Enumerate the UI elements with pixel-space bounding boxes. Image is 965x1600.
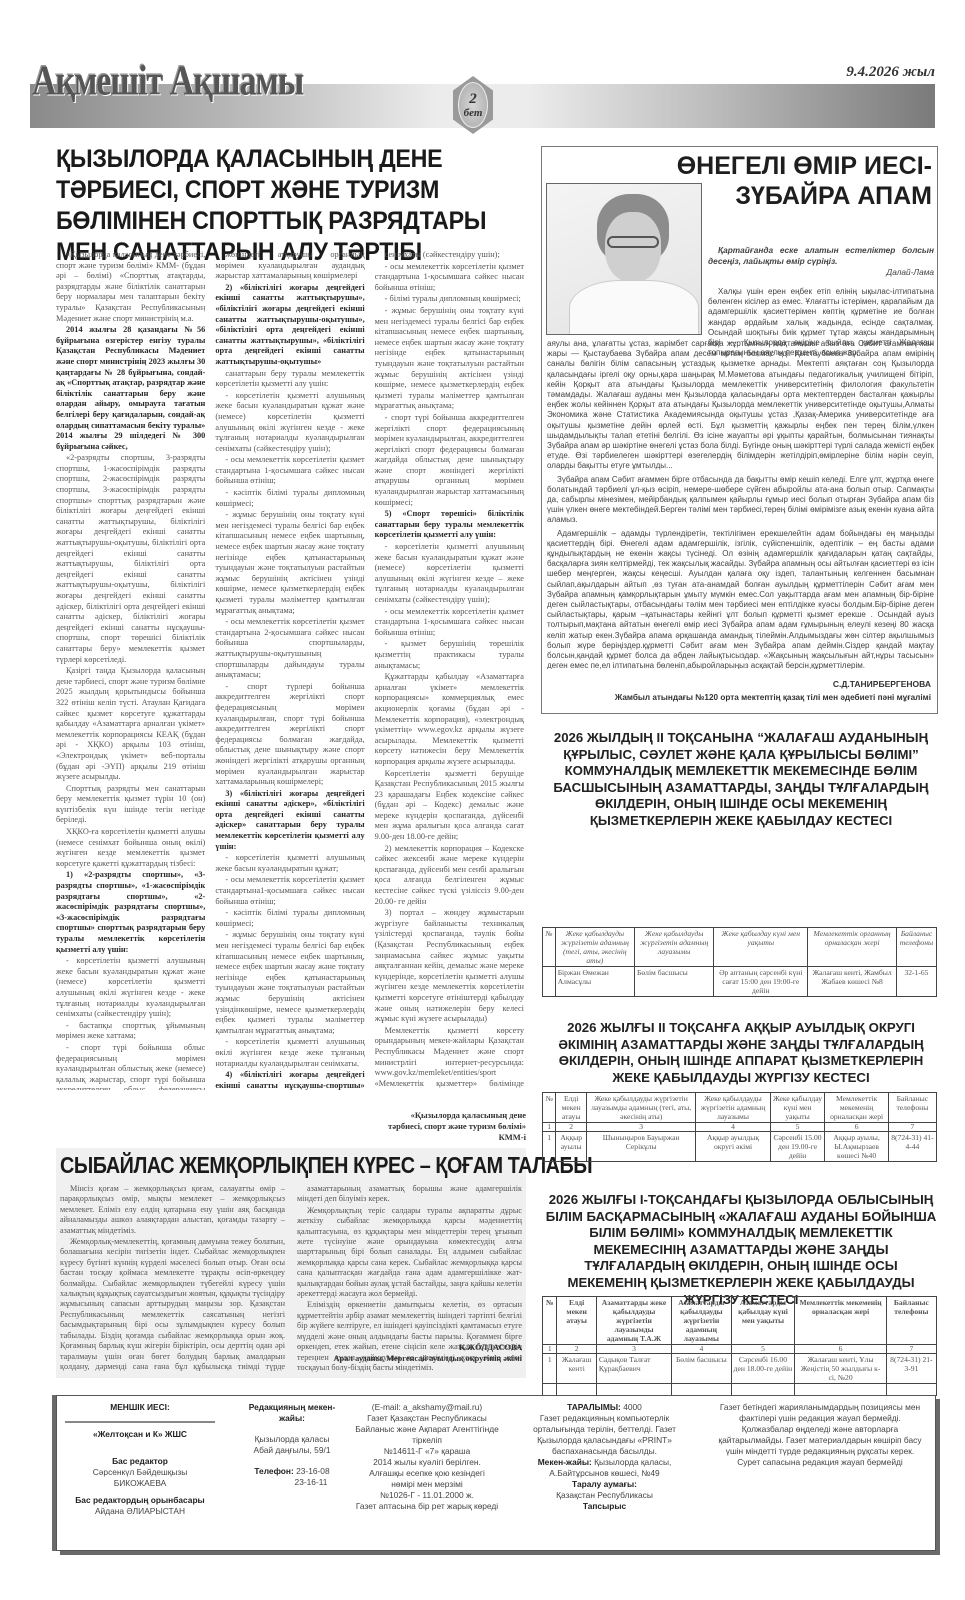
paragraph: - білімі туралы дипломның көшірмесі; bbox=[375, 294, 524, 305]
paragraph: - жұмыс берушінің оны тоқтату күні мен н… bbox=[215, 930, 364, 1036]
masthead: Ақмешіт Ақшамы 9.4.2026 жыл 2 бет bbox=[0, 0, 965, 140]
paragraph: азаматтарының азаматтық борышы және адам… bbox=[297, 1184, 522, 1205]
chief-editor-surname: БИКОЖАЕВА bbox=[65, 1478, 215, 1489]
paragraph: Адамгершілік – адамды түрлендіретін, тек… bbox=[547, 529, 934, 669]
issue-date: 9.4.2026 жыл bbox=[846, 64, 935, 81]
sport-article-signature: «Қызылорда қаласының дене тәрбиесі, спор… bbox=[370, 1110, 526, 1143]
paragraph: 1) «2-разрядты спортшы», «3-разрядты спо… bbox=[56, 870, 205, 955]
corruption-article-signature: К.ЖОЛДАСОВА Арал ауданы, Мергенсай ауылд… bbox=[290, 1342, 522, 1364]
table-header-row: № Жеке қабылдауды жүргізетін адамның (те… bbox=[543, 928, 937, 967]
paragraph: жөніндегі атқарушы органның мөрімен куәл… bbox=[215, 250, 364, 282]
page-number-oval: 2 бет bbox=[458, 82, 488, 128]
table-row-empty bbox=[543, 1384, 937, 1396]
paragraph: Көрсетілетін қызметті берушіде Қазақстан… bbox=[375, 769, 524, 843]
paragraph: - осы мемлекеттік көрсетілетін қызмет ст… bbox=[215, 875, 364, 907]
corruption-article-column-1: Мінсіз қоғам – жемқорлықсыз қоғам, салау… bbox=[60, 1184, 285, 1372]
akkyr-schedule-title: 2026 ЖЫЛҒЫ II ТОҚСАНҒА АҚҚЫР АУЫЛДЫҚ ОКР… bbox=[545, 1020, 937, 1086]
portrait-glasses bbox=[607, 236, 659, 248]
table-row: 1 Жалағаш кенті Садықов Талғат Құрақбаев… bbox=[543, 1354, 937, 1384]
paragraph: 4) «біліктілігі жоғары деңгейдегі екінші… bbox=[215, 1070, 364, 1090]
paragraph: 5) «Спорт төрешісі» біліктілік санаттары… bbox=[375, 509, 524, 541]
newspaper-title: Ақмешіт Ақшамы bbox=[32, 58, 303, 106]
tribute-body: аяулы ана, ұлағатты ұстаз, жарімбет сарғ… bbox=[547, 339, 934, 669]
paragraph: - осы мемлекеттік көрсетілетін қызмет ст… bbox=[375, 262, 524, 294]
divider bbox=[65, 1421, 215, 1423]
corruption-article-headline: СЫБАЙЛАС ЖЕМҚОРЛЫҚПЕН КҮРЕС – ҚОҒАМ ТАЛА… bbox=[60, 1152, 460, 1179]
printing-info: Газет редакцияның компьютерлік орталығын… bbox=[522, 1413, 687, 1457]
address-line: Қызылорда қаласы bbox=[242, 1434, 342, 1445]
paragraph: - бастапқы спорттық ұйымының мөрімен жек… bbox=[56, 1021, 205, 1042]
circulation-line: ТАРАЛЫМЫ: 4000 bbox=[522, 1402, 687, 1413]
owner-label: МЕНШІК ИЕСІ: bbox=[110, 1402, 170, 1412]
paragraph: санаттарын беру туралы мемлекеттік көрсе… bbox=[215, 369, 364, 390]
chief-editor-name: Сәрсенкүл Бәйдешқызы bbox=[65, 1467, 215, 1478]
sport-article-column-1: «Қызылорда қаласының дене тәрбиесі, спор… bbox=[56, 250, 205, 1090]
paragraph: - көрсетілетін қызметті алушының жеке ба… bbox=[215, 391, 364, 455]
imprint-disclaimer-column: Газет бетіндегі жарияланымдардың позиция… bbox=[715, 1402, 925, 1468]
imprint-registration-column: (E-mail: a_akshamy@mail.ru) Газет Қазақс… bbox=[352, 1402, 502, 1512]
epigraph: Қартайғанда еске алатын естеліктер болсы… bbox=[708, 245, 934, 267]
portrait-coat bbox=[569, 280, 699, 335]
phone-line: 23-16-11 bbox=[242, 1477, 342, 1488]
paragraph: - спорт түрі бойынша аккредиттелген жерг… bbox=[375, 413, 524, 508]
imprint-circulation-column: ТАРАЛЫМЫ: 4000 Газет редакцияның компьют… bbox=[522, 1402, 687, 1512]
paragraph: 2014 жылғы 28 қазандағы №56 бұйрығына өз… bbox=[56, 325, 205, 452]
paragraph: Мінсіз қоғам – жемқорлықсыз қоғам, салау… bbox=[60, 1184, 285, 1236]
table-row: 1 Аққыр ауылы Шыныңыров Бауыржан Серікұл… bbox=[543, 1132, 937, 1162]
paragraph: 2) мемлекеттік корпорация – Кодекске сәй… bbox=[375, 844, 524, 908]
paragraph: Жемқорлықтың теріс салдары туралы ақпара… bbox=[297, 1206, 522, 1300]
paragraph: - спорт түрлері бойынша аккредиттелген ж… bbox=[215, 682, 364, 788]
printer-address: Мекен-жайы: Қызылорда қаласы, А.Байтұрсы… bbox=[522, 1457, 687, 1479]
paragraph: Құжаттарды қабылдау «Азаматтарға арналға… bbox=[375, 672, 524, 767]
address-label: Редакцияның мекен-жайы: bbox=[249, 1402, 336, 1423]
chief-editor-label: Бас редактор bbox=[112, 1456, 168, 1466]
paragraph: - көрсетілетін қызметті алушының өкілі ж… bbox=[215, 1037, 364, 1069]
paragraph: 3) портал – жөндеу жұмыстарын жүргізуге … bbox=[375, 908, 524, 1025]
paragraph: - жұмыс берушінің оны тоқтату күні мен н… bbox=[375, 306, 524, 412]
paragraph: аяулы ана, ұлағатты ұстаз, жарімбет сарғ… bbox=[547, 339, 934, 472]
paragraph: - көрсетілетін қызметті алушының жеке ба… bbox=[215, 853, 364, 874]
paragraph: сенімхаты (сәйкестендіру үшін); bbox=[375, 250, 524, 261]
imprint-address-column: Редакцияның мекен-жайы: Қызылорда қаласы… bbox=[242, 1402, 342, 1488]
tribute-author: С.Д.ТАНИРБЕРГЕНОВА bbox=[833, 679, 931, 689]
akkyr-schedule-table: № Елді мекен атауы Жеке қабылдауды жүргі… bbox=[542, 1092, 937, 1162]
paragraph: «2-разрядты спортшы, 3-разрядты спортшы,… bbox=[56, 453, 205, 665]
table-header-row: № Елді мекен атауы Азаматтарды жеке қабы… bbox=[543, 1297, 937, 1345]
column-number-row: 1 2 3 4 5 6 7 bbox=[543, 1345, 937, 1354]
column-number-row: 1 2 3 4 5 6 7 bbox=[543, 1123, 937, 1132]
page-number-badge: 2 бет bbox=[448, 72, 498, 138]
paragraph: ХҚКО-ға көрсетілетін қызметті алушы (нем… bbox=[56, 827, 205, 869]
education-schedule-title: 2026 ЖЫЛҒЫ І-ТОҚСАНДАҒЫ ҚЫЗЫЛОРДА ОБЛЫСЫ… bbox=[545, 1192, 937, 1308]
sport-article-column-2: жөніндегі атқарушы органның мөрімен куәл… bbox=[215, 250, 364, 1090]
deputy-editor-name: Айдана ӘЛИАРЫСТАН bbox=[65, 1506, 215, 1517]
imprint-owner-column: МЕНШІК ИЕСІ: «Желтоқсан и К» ЖШС Бас ред… bbox=[65, 1402, 215, 1517]
construction-schedule-title: 2026 ЖЫЛДЫҢ II ТОҚСАНЫНА “ЖАЛАҒАШ АУДАНЫ… bbox=[545, 730, 937, 830]
paragraph: - кәсіптік білімі туралы дипломның көшір… bbox=[215, 908, 364, 929]
distribution-label: Таралу аумағы: bbox=[572, 1479, 637, 1489]
paragraph: - кәсіптік білімі туралы дипломның көшір… bbox=[215, 488, 364, 509]
table-row: Біржан Өмежан Алмасұлы Бөлім басшысы Әр … bbox=[543, 967, 937, 997]
paragraph: Спорттық разрядты мен санаттарын беру ме… bbox=[56, 784, 205, 826]
paragraph: Жемқорлық-мемлекеттің, қоғамның дамуына … bbox=[60, 1237, 285, 1372]
tribute-author-role: Жамбыл атындағы №120 орта мектептің қаза… bbox=[615, 693, 931, 702]
order-label: Тапсырыс bbox=[583, 1501, 626, 1511]
page-label: бет bbox=[464, 107, 483, 119]
phone-line: Телефон: 23-16-08 bbox=[242, 1466, 342, 1477]
imprint-box: МЕНШІК ИЕСІ: «Желтоқсан и К» ЖШС Бас ред… bbox=[56, 1395, 936, 1551]
disclaimer: Газет бетіндегі жарияланымдардың позиция… bbox=[715, 1402, 925, 1468]
paragraph: 2) «біліктілігі жоғары деңгейдегі екінші… bbox=[215, 283, 364, 368]
address-line: Абай даңғылы, 59/1 bbox=[242, 1445, 342, 1456]
paragraph: Мемлекеттік қызметті көрсету орындарының… bbox=[375, 1026, 524, 1090]
education-schedule-table: № Елді мекен атауы Азаматтарды жеке қабы… bbox=[542, 1296, 937, 1396]
epigraph-author: Далай-Лама bbox=[708, 267, 934, 277]
distribution-area: Қазақстан Республикасы bbox=[522, 1490, 687, 1501]
paragraph: - қызмет берушінің төрешілік қызметтің п… bbox=[375, 639, 524, 671]
sport-article-column-3: сенімхаты (сәйкестендіру үшін); - осы ме… bbox=[375, 250, 524, 1090]
paragraph: - осы мемлекеттік көрсетілетін қызмет ст… bbox=[215, 455, 364, 487]
table-header-row: № Елді мекен атауы Жеке қабылдауды жүргі… bbox=[543, 1093, 937, 1123]
paragraph: - осы мемлекеттік көрсетілетін қызмет ст… bbox=[375, 607, 524, 639]
paragraph: - жұмыс берушінің оны тоқтату күні мен н… bbox=[215, 510, 364, 616]
paragraph: «Қызылорда қаласының дене тәрбиесі, спор… bbox=[56, 250, 205, 324]
sport-article-body: «Қызылорда қаласының дене тәрбиесі, спор… bbox=[56, 250, 524, 1090]
paragraph: - спорт түрі бойынша облыс федерациясыны… bbox=[56, 1043, 205, 1090]
paragraph: - көрсетілетін қызметті алушының жеке ба… bbox=[375, 542, 524, 606]
deputy-editor-label: Бас редактордың орынбасары bbox=[75, 1495, 204, 1505]
paragraph: - көрсетілетін қызметті алушының жеке ба… bbox=[56, 956, 205, 1020]
owner-name: «Желтоқсан и К» ЖШС bbox=[93, 1429, 187, 1439]
tribute-article: ӨНЕГЕЛІ ӨМІР ИЕСІ- ЗҮБАЙРА АПАМ Қартайға… bbox=[541, 146, 938, 714]
portrait-photo bbox=[546, 183, 702, 335]
paragraph: Қазіргі таңда Қызылорда қаласының дене т… bbox=[56, 666, 205, 783]
paragraph: 3) «біліктілігі жоғары деңгейдегі екінші… bbox=[215, 789, 364, 853]
construction-schedule-table: № Жеке қабылдауды жүргізетін адамның (те… bbox=[542, 927, 937, 997]
page-number: 2 bbox=[469, 91, 477, 108]
paragraph: Зүбайра апам Сәбит ағаммен бірге отбасын… bbox=[547, 475, 934, 526]
paragraph: - осы мемлекеттік көрсетілетін қызмет ст… bbox=[215, 617, 364, 681]
email-line[interactable]: (E-mail: a_akshamy@mail.ru) bbox=[352, 1402, 502, 1413]
